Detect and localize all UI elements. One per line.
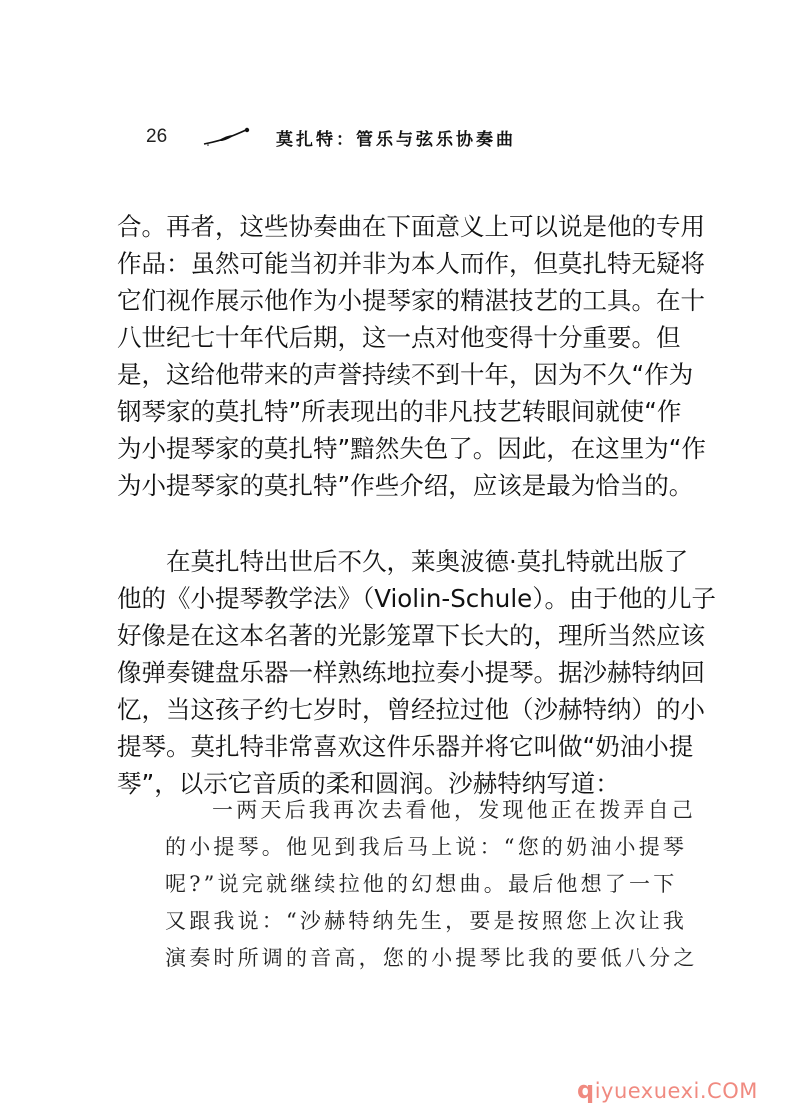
text-line: 好像是在这本名著的光影笼罩下长大的，理所当然应该 [117,617,687,654]
quote-line: 又跟我说：“沙赫特纳先生，要是按照您上次让我 [165,903,685,940]
watermark-q: q [577,1076,595,1104]
text-line: 作品：虽然可能当初并非为本人而作，但莫扎特无疑将 [117,245,687,282]
text-line: 为小提琴家的莫扎特”黯然失色了。因此，在这里为“作 [117,430,687,467]
page-header: 26 莫扎特：管乐与弦乐协奏曲 [146,122,516,152]
quote-line: 呢?”说完就继续拉他的幻想曲。最后他想了一下 [165,866,685,903]
text-line: 钢琴家的莫扎特”所表现出的非凡技艺转眼间就使“作 [117,393,687,430]
quill-ornament-icon [202,127,252,147]
text-line: 提琴。莫扎特非常喜欢这件乐器并将它叫做“奶油小提 [117,728,687,765]
quote-line: 演奏时所调的音高，您的小提琴比我的要低八分之 [165,940,685,977]
paragraph-2: 在莫扎特出世后不久，莱奥波德·莫扎特就出版了 他的《小提琴教学法》（Violin… [117,543,687,802]
text-line: 忆，当这孩子约七岁时，曾经拉过他（沙赫特纳）的小 [117,691,687,728]
quote-line: 的小提琴。他见到我后马上说：“您的奶油小提琴 [165,829,685,866]
watermark: qiyuexuexi.COM [577,1076,758,1104]
paragraph-1: 合。再者，这些协奏曲在下面意义上可以说是他的专用 作品：虽然可能当初并非为本人而… [117,208,687,504]
text-line: 在莫扎特出世后不久，莱奥波德·莫扎特就出版了 [117,543,687,580]
text-line: 像弹奏键盘乐器一样熟练地拉奏小提琴。据沙赫特纳回 [117,654,687,691]
text-line: 它们视作展示他作为小提琴家的精湛技艺的工具。在十 [117,282,687,319]
quote-line: 一两天后我再次去看他，发现他正在拨弄自己 [165,792,685,829]
text-line: 为小提琴家的莫扎特”作些介绍，应该是最为恰当的。 [117,467,687,504]
text-line: 八世纪七十年代后期，这一点对他变得十分重要。但 [117,319,687,356]
text-line: 合。再者，这些协奏曲在下面意义上可以说是他的专用 [117,208,687,245]
running-title: 莫扎特：管乐与弦乐协奏曲 [276,125,516,150]
page-number: 26 [146,126,202,148]
watermark-text: iyuexuexi.COM [595,1079,758,1103]
text-line: 是，这给他带来的声誉持续不到十年，因为不久“作为 [117,356,687,393]
block-quote: 一两天后我再次去看他，发现他正在拨弄自己 的小提琴。他见到我后马上说：“您的奶油… [165,792,685,977]
text-line: 他的《小提琴教学法》（Violin-Schule）。由于他的儿子 [117,580,687,617]
